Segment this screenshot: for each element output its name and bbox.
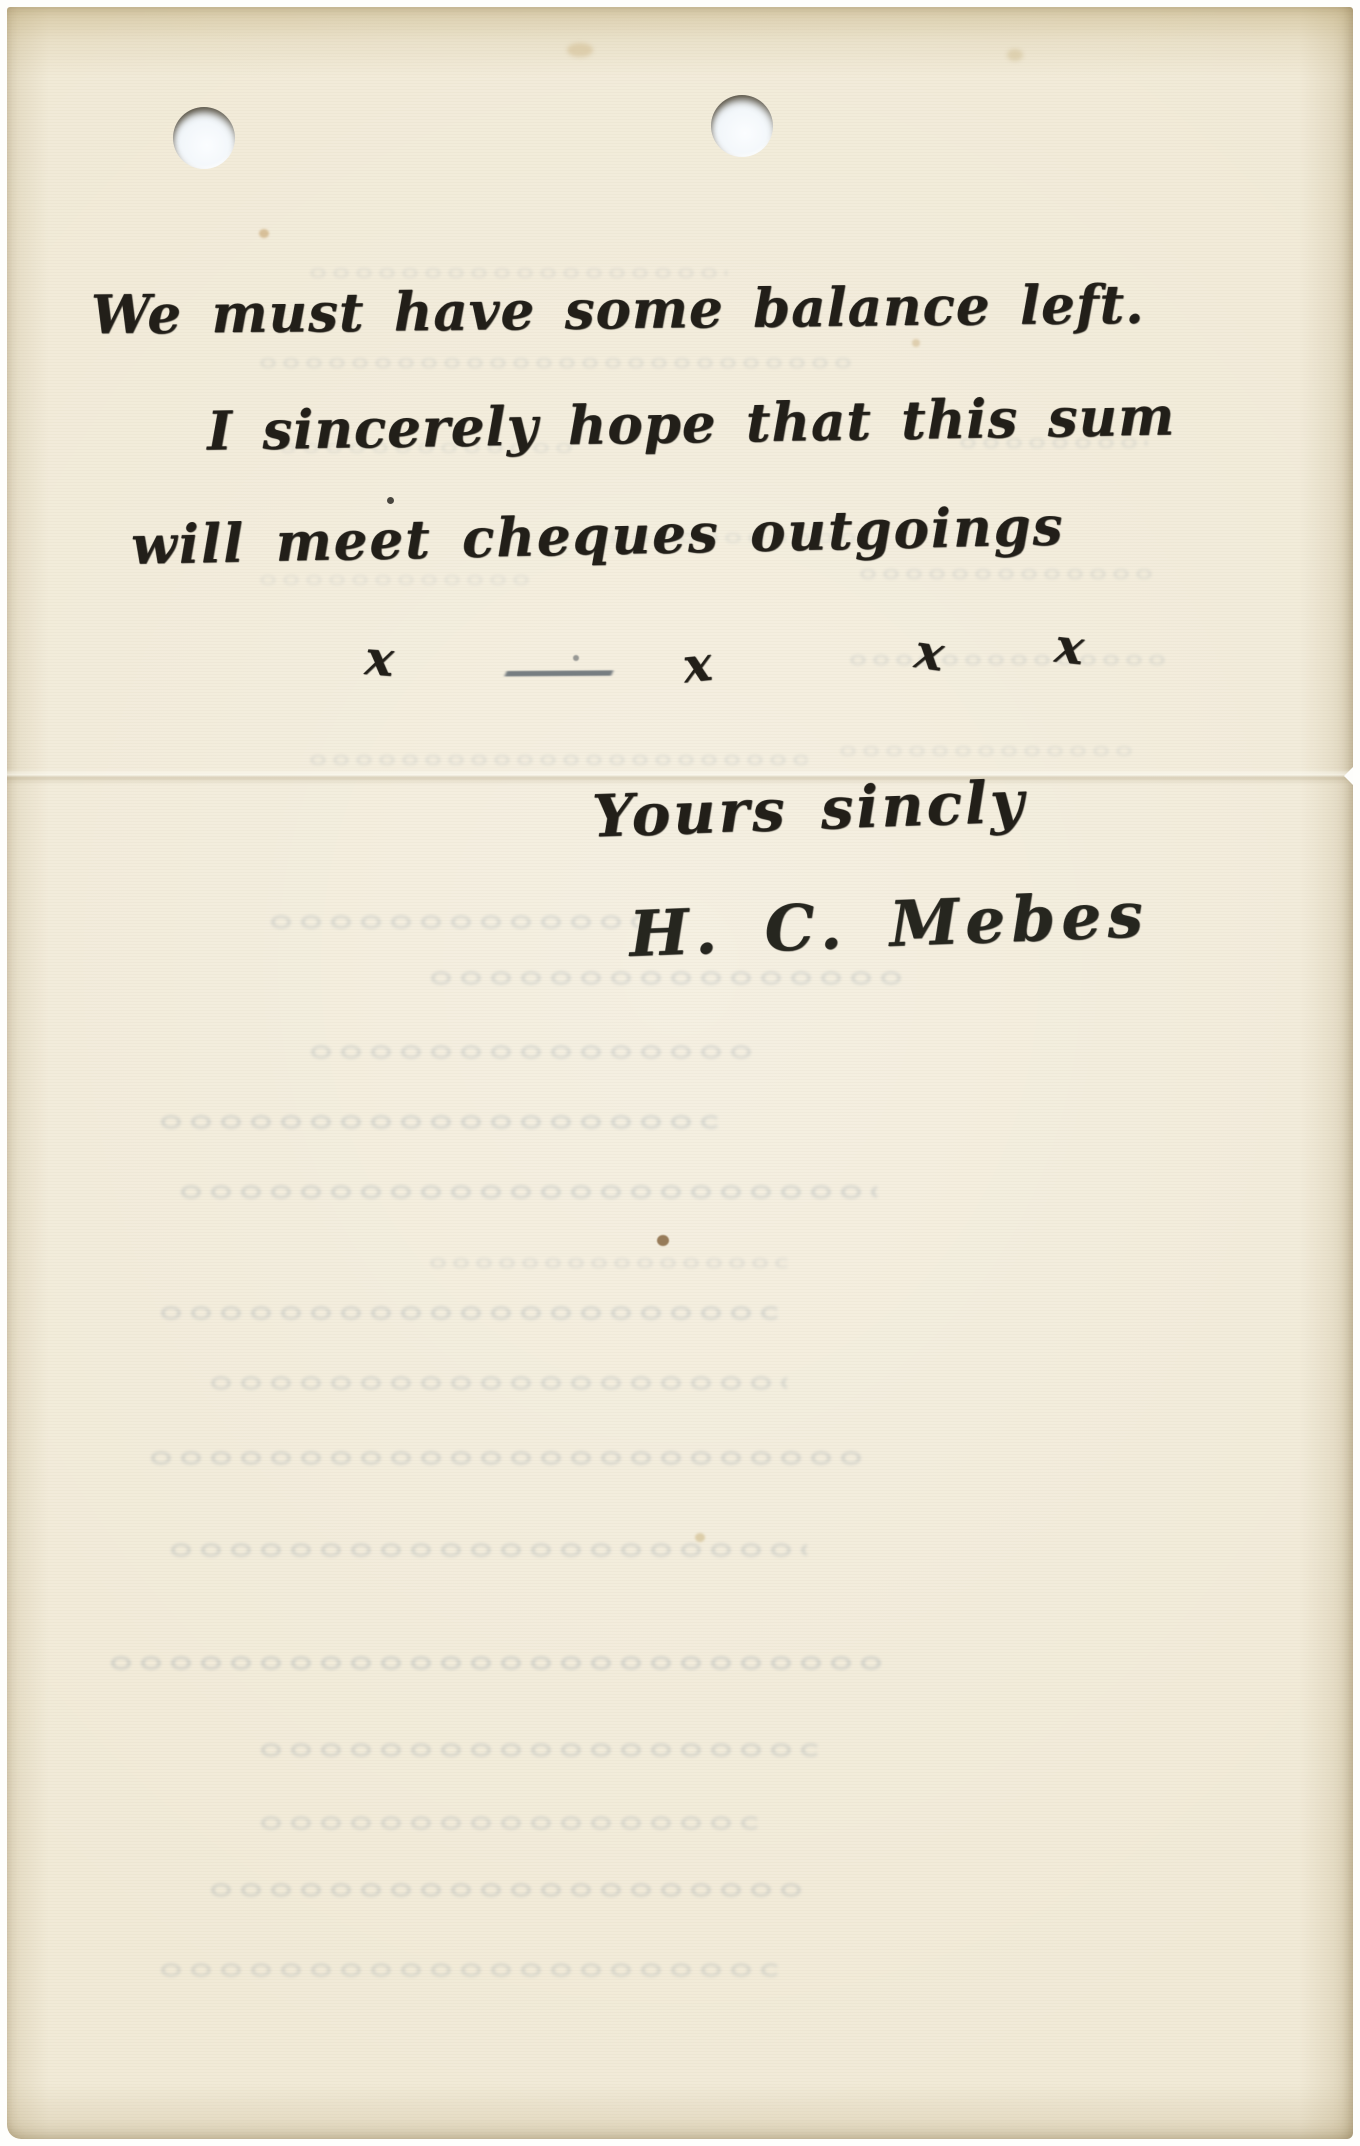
bleedthrough-line: [207, 1370, 787, 1396]
bleedthrough-line: [177, 1179, 877, 1205]
foxing-spot: [695, 1533, 705, 1542]
letter-signature: H. C. Mebes: [628, 877, 1150, 971]
bleedthrough-line: [427, 1252, 787, 1274]
bleedthrough-line: [157, 1300, 777, 1326]
foxing-spot: [912, 339, 920, 347]
bleedthrough-line: [157, 1109, 717, 1135]
bleedthrough-line: [257, 352, 857, 374]
x-mark-1: x: [363, 630, 396, 688]
punch-hole-right: [711, 95, 773, 157]
bleedthrough-line: [257, 1810, 757, 1836]
letter-line-1: We must have some balance left.: [91, 273, 1145, 346]
x-mark-4: x: [1052, 618, 1087, 677]
bleedthrough-line: [107, 1650, 887, 1676]
bleedthrough-line: [837, 740, 1137, 762]
bleedthrough-line: [307, 1039, 757, 1065]
bleedthrough-line: [857, 563, 1157, 585]
bleedthrough-line: [257, 1737, 817, 1763]
x-mark-2: x: [680, 636, 715, 695]
x-mark-3: x: [911, 623, 948, 683]
foxing-spot: [259, 229, 269, 238]
punch-hole-left: [173, 107, 235, 169]
letter-closing: Yours sincly: [591, 767, 1028, 850]
bleedthrough-line: [207, 1877, 807, 1903]
bleedthrough-line: [267, 909, 647, 935]
bleedthrough-line: [307, 749, 807, 771]
bleedthrough-line: [157, 1957, 777, 1983]
pencil-dash: —: [498, 642, 623, 697]
foxing-spot: [1007, 49, 1023, 61]
bleedthrough-line: [167, 1537, 807, 1563]
ink-dot: [387, 497, 394, 504]
paper-sheet: We must have some balance left. I sincer…: [7, 7, 1353, 2139]
foxing-spot: [567, 43, 593, 57]
foxing-spot: [657, 1235, 669, 1246]
bleedthrough-line: [147, 1445, 867, 1471]
bleedthrough-line: [847, 649, 1167, 671]
